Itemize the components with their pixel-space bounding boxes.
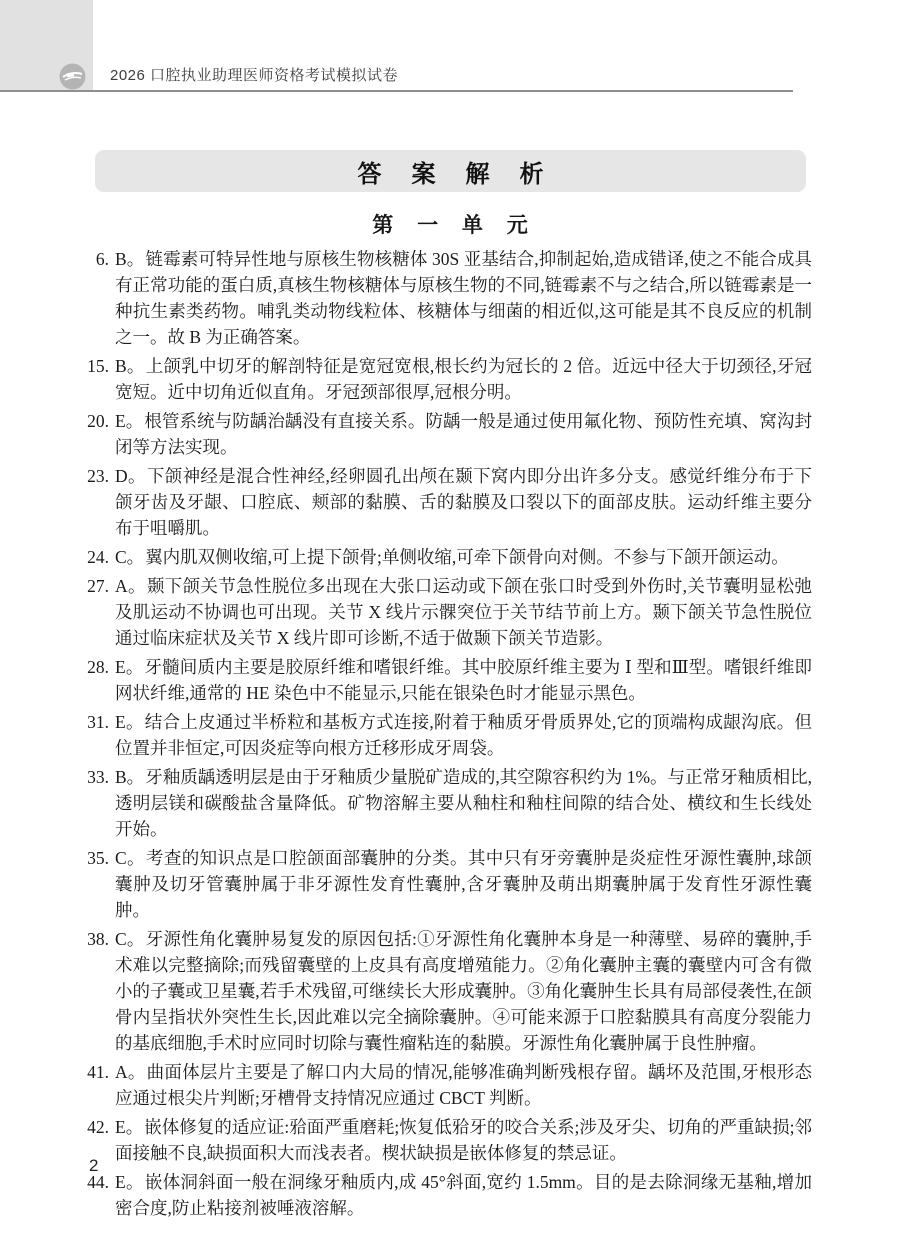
question-number: 31.: [85, 709, 109, 735]
answer-explanation: 嵌体修复的适应证:𬌗面严重磨耗;恢复低𬌗牙的咬合关系;涉及牙尖、切角的严重缺损;…: [115, 1117, 812, 1163]
answer-letter: B。: [115, 356, 145, 376]
answer-item-35: 35.C。考查的知识点是口腔颌面部囊肿的分类。其中只有牙旁囊肿是炎症性牙源性囊肿…: [85, 845, 812, 923]
question-number: 27.: [85, 573, 109, 599]
answer-analysis-title-bar: 答 案 解 析: [95, 150, 806, 192]
answer-item-27: 27.A。颞下颌关节急性脱位多出现在大张口运动或下颌在张口时受到外伤时,关节囊明…: [85, 573, 812, 651]
answer-item-15: 15.B。上颌乳中切牙的解剖特征是宽冠宽根,根长约为冠长的 2 倍。近远中径大于…: [85, 353, 812, 405]
answer-letter: C。: [115, 547, 144, 567]
answer-item-42: 42.E。嵌体修复的适应证:𬌗面严重磨耗;恢复低𬌗牙的咬合关系;涉及牙尖、切角的…: [85, 1114, 812, 1166]
question-number: 6.: [85, 246, 109, 272]
answer-item-38: 38.C。牙源性角化囊肿易复发的原因包括:①牙源性角化囊肿本身是一种薄壁、易碎的…: [85, 926, 812, 1056]
answer-item-28: 28.E。牙髓间质内主要是胶原纤维和嗜银纤维。其中胶原纤维主要为 Ⅰ 型和Ⅲ型。…: [85, 654, 812, 706]
page-number: 2: [89, 1156, 98, 1176]
answer-letter: E。: [115, 411, 143, 431]
answer-item-33: 33.B。牙釉质龋透明层是由于牙釉质少量脱矿造成的,其空隙容积约为 1%。与正常…: [85, 764, 812, 842]
answer-explanation: 根管系统与防龋治龋没有直接关系。防龋一般是通过使用氟化物、预防性充填、窝沟封闭等…: [115, 411, 812, 457]
answer-explanation: 颞下颌关节急性脱位多出现在大张口运动或下颌在张口时受到外伤时,关节囊明显松弛及肌…: [115, 576, 812, 648]
answer-explanation: 牙源性角化囊肿易复发的原因包括:①牙源性角化囊肿本身是一种薄壁、易碎的囊肿,手术…: [115, 929, 812, 1053]
publisher-logo-icon: [59, 63, 86, 90]
question-number: 35.: [85, 845, 109, 871]
answer-letter: E。: [115, 657, 143, 677]
answer-explanation: 上颌乳中切牙的解剖特征是宽冠宽根,根长约为冠长的 2 倍。近远中径大于切颈径,牙…: [115, 356, 812, 402]
question-number: 24.: [85, 544, 109, 570]
answer-item-24: 24.C。翼内肌双侧收缩,可上提下颌骨;单侧收缩,可牵下颌骨向对侧。不参与下颌开…: [85, 544, 812, 570]
answer-explanation: 牙釉质龋透明层是由于牙釉质少量脱矿造成的,其空隙容积约为 1%。与正常牙釉质相比…: [115, 767, 812, 839]
answer-explanation: 曲面体层片主要是了解口内大局的情况,能够准确判断残根存留。龋坏及范围,牙根形态应…: [115, 1062, 812, 1108]
answer-letter: C。: [115, 929, 145, 949]
header-divider: [0, 90, 793, 92]
answer-letter: C。: [115, 848, 145, 868]
answer-explanation: 考查的知识点是口腔颌面部囊肿的分类。其中只有牙旁囊肿是炎症性牙源性囊肿,球颌囊肿…: [115, 848, 812, 920]
answer-item-20: 20.E。根管系统与防龋治龋没有直接关系。防龋一般是通过使用氟化物、预防性充填、…: [85, 408, 812, 460]
answer-explanation: 结合上皮通过半桥粒和基板方式连接,附着于釉质牙骨质界处,它的顶端构成龈沟底。但位…: [115, 712, 812, 758]
answer-item-31: 31.E。结合上皮通过半桥粒和基板方式连接,附着于釉质牙骨质界处,它的顶端构成龈…: [85, 709, 812, 761]
question-number: 41.: [85, 1059, 109, 1085]
answer-letter: E。: [115, 1117, 143, 1137]
answer-explanation: 下颌神经是混合性神经,经卵圆孔出颅在颞下窝内即分出许多分支。感觉纤维分布于下颌牙…: [115, 466, 812, 538]
answer-item-23: 23.D。下颌神经是混合性神经,经卵圆孔出颅在颞下窝内即分出许多分支。感觉纤维分…: [85, 463, 812, 541]
question-number: 38.: [85, 926, 109, 952]
question-number: 28.: [85, 654, 109, 680]
unit-title: 第 一 单 元: [0, 209, 900, 239]
book-page: 2026 口腔执业助理医师资格考试模拟试卷 答 案 解 析 第 一 单 元 6.…: [0, 0, 900, 1253]
answer-list: 6.B。链霉素可特异性地与原核生物核糖体 30S 亚基结合,抑制起始,造成错译,…: [85, 246, 812, 1224]
answer-explanation: 嵌体洞斜面一般在洞缘牙釉质内,成 45°斜面,宽约 1.5mm。目的是去除洞缘无…: [115, 1172, 812, 1218]
answer-explanation: 牙髓间质内主要是胶原纤维和嗜银纤维。其中胶原纤维主要为 Ⅰ 型和Ⅲ型。嗜银纤维即…: [115, 657, 812, 703]
question-number: 15.: [85, 353, 109, 379]
answer-item-44: 44.E。嵌体洞斜面一般在洞缘牙釉质内,成 45°斜面,宽约 1.5mm。目的是…: [85, 1169, 812, 1221]
answer-letter: E。: [115, 712, 144, 732]
answer-letter: B。: [115, 249, 144, 269]
answer-letter: E。: [115, 1172, 144, 1192]
answer-letter: B。: [115, 767, 144, 787]
answer-explanation: 链霉素可特异性地与原核生物核糖体 30S 亚基结合,抑制起始,造成错译,使之不能…: [115, 249, 812, 347]
question-number: 33.: [85, 764, 109, 790]
question-number: 42.: [85, 1114, 109, 1140]
section-title: 答 案 解 析: [346, 154, 556, 189]
answer-letter: A。: [115, 1062, 146, 1082]
question-number: 20.: [85, 408, 109, 434]
answer-item-6: 6.B。链霉素可特异性地与原核生物核糖体 30S 亚基结合,抑制起始,造成错译,…: [85, 246, 812, 350]
answer-letter: D。: [115, 466, 146, 486]
answer-item-41: 41.A。曲面体层片主要是了解口内大局的情况,能够准确判断残根存留。龋坏及范围,…: [85, 1059, 812, 1111]
running-header-title: 2026 口腔执业助理医师资格考试模拟试卷: [110, 64, 398, 85]
answer-letter: A。: [115, 576, 146, 596]
answer-explanation: 翼内肌双侧收缩,可上提下颌骨;单侧收缩,可牵下颌骨向对侧。不参与下颌开颌运动。: [145, 547, 789, 567]
question-number: 23.: [85, 463, 109, 489]
